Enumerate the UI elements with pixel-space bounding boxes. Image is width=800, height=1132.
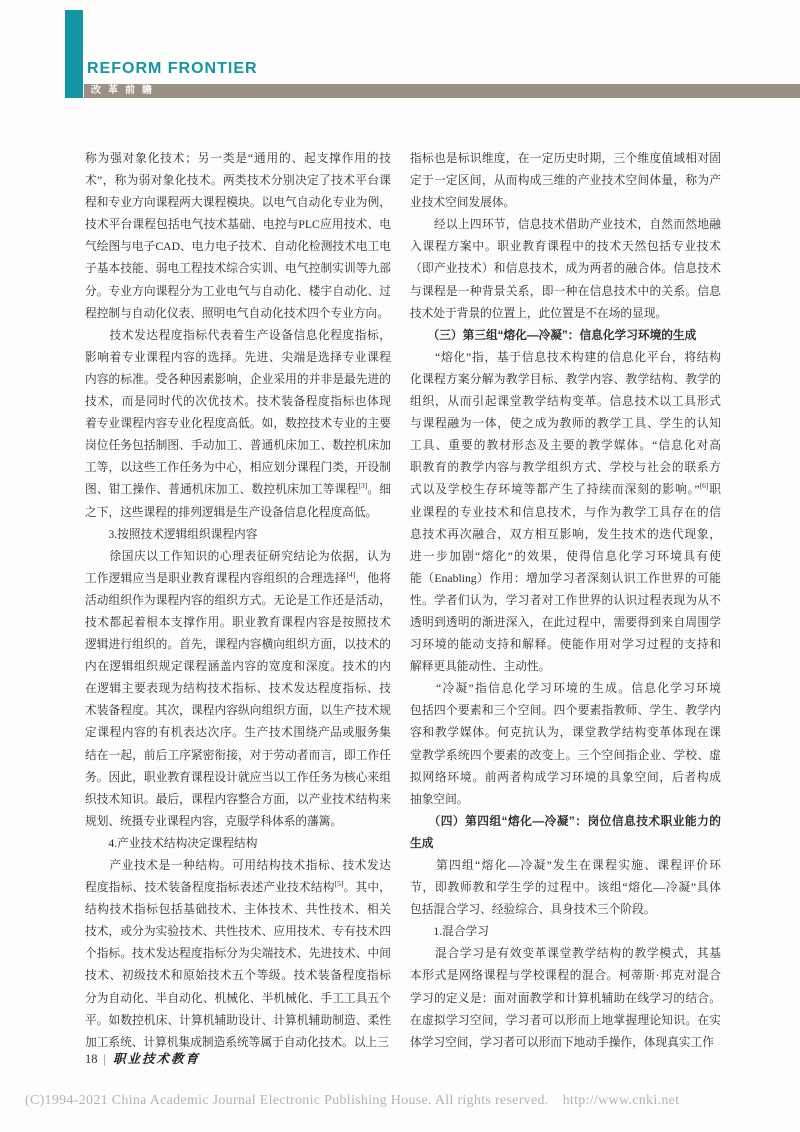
- section-title-chinese: 改革前瞻: [84, 84, 800, 98]
- text-line: 指标也是标识维度，在一定历史时期，三个维度值域相对固: [410, 148, 721, 170]
- page-footer: 18|职业技术教育: [85, 1049, 200, 1067]
- header-band: 改革前瞻: [84, 84, 800, 98]
- text-line: 在虚拟学习空间，学习者可以形而上地掌握理论知识。在实: [410, 1010, 721, 1032]
- text-line: 结在一起，前后工序紧密衔接，对于劳动者而言，即工作任: [85, 745, 391, 767]
- text-line: 第四组“熔化—冷凝”发生在课程实施、课程评价环: [410, 855, 721, 877]
- text-line: 容和教学媒体。何克抗认为，课堂教学结构变革体现在课: [410, 722, 721, 744]
- text-line: 经以上四环节，信息技术借助产业技术，自然而然地融: [410, 214, 721, 236]
- text-line: （即产业技术）和信息技术，成为两者的融合体。信息技术: [410, 258, 721, 280]
- text-line: 与课程融为一体，使之成为教师的教学工具、学生的认知: [410, 413, 721, 435]
- text-line: 业课程的专业技术和信息技术，与作为教学工具存在的信: [410, 502, 721, 524]
- text-line: “冷凝”指信息化学习环境的生成。信息化学习环境: [410, 678, 721, 700]
- text-line: 工作逻辑应当是职业教育课程内容组织的合理选择[4]，他将: [85, 568, 391, 590]
- text-line: 息技术再次融合，双方相互影响，发生技术的迭代现象，: [410, 524, 721, 546]
- text-line: 技术、初级技术和原始技术五个等级。技术装备程度指标: [85, 965, 391, 987]
- text-line: （三）第三组“熔化—冷凝”：信息化学习环境的生成: [410, 325, 721, 347]
- text-line: 透明到透明的渐进深入，在此过程中，需要得到来自周围学: [410, 612, 721, 634]
- text-line: 4.产业技术结构决定课程结构: [85, 833, 391, 855]
- text-line: 技术都起着根本支撑作用。职业教育课程内容是按照技术: [85, 612, 391, 634]
- text-line: 混合学习是有效变革课堂教学结构的教学模式，其基: [410, 943, 721, 965]
- text-line: 包括混合学习、经验综合、具身技术三个阶段。: [410, 899, 721, 921]
- text-line: 产业技术是一种结构。可用结构技术指标、技术发达: [85, 855, 391, 877]
- text-line: 定于一定区间，从而构成三维的产业技术空间体量，称为产: [410, 170, 721, 192]
- text-line: 术装备程度。其次，课程内容纵向组织方面，以生产技术规: [85, 700, 391, 722]
- text-line: 组织，从而引起课堂教学结构变革。信息技术以工具形式: [410, 391, 721, 413]
- text-line: 织技术知识。最后，课程内容整合方面，以产业技术结构来: [85, 789, 391, 811]
- text-line: 包括四个要素和三个空间。四个要素指教师、学生、教学内: [410, 700, 721, 722]
- text-line: 进一步加剧“熔化”的效果，使得信息化学习环境具有使: [410, 546, 721, 568]
- text-line: 拟网络环境。前两者构成学习环境的具象空间，后者构成: [410, 767, 721, 789]
- text-line: 抽象空间。: [410, 789, 721, 811]
- text-line: 职教育的教学内容与教学组织方式、学校与社会的联系方: [410, 457, 721, 479]
- text-line: 程和专业方向课程两大课程模块。以电气自动化专业为例，: [85, 192, 391, 214]
- text-line: 堂教学系统四个要素的改变上。三个空间指企业、学校、虚: [410, 745, 721, 767]
- journal-page: REFORM FRONTIER 改革前瞻 称为强对象化技术；另一类是“通用的、起…: [0, 0, 800, 1132]
- copyright-notice: (C)1994-2021 China Academic Journal Elec…: [25, 1093, 679, 1109]
- text-line: 气绘图与电子CAD、电力电子技术、自动化检测技术电工电: [85, 236, 391, 258]
- text-line: 节，即教师教和学生学的过程中。该组“熔化—冷凝”具体: [410, 877, 721, 899]
- text-line: 活动组织作为课程内容的组织方式。无论是工作还是活动，: [85, 590, 391, 612]
- text-line: 3.按照技术逻辑组织课程内容: [85, 524, 391, 546]
- text-line: 习环境的能动支持和解释。使能作用对学习过程的支持和: [410, 634, 721, 656]
- footer-separator: |: [104, 1052, 107, 1066]
- text-line: 体学习空间，学习者可以形而下地动手操作，体现真实工作: [410, 1032, 721, 1054]
- text-line: 术”，称为弱对象化技术。两类技术分别决定了技术平台课: [85, 170, 391, 192]
- journal-name: 职业技术教育: [113, 1052, 200, 1066]
- text-line: 图、钳工操作、普通机床加工、数控机床加工等课程[3]。细究: [85, 479, 391, 501]
- text-line: 着专业课程内容专业化程度高低。如，数控技术专业的主要: [85, 413, 391, 435]
- text-line: 技术处于背景的位置上，此位置是不在场的显现。: [410, 303, 721, 325]
- section-title-english: REFORM FRONTIER: [87, 60, 258, 78]
- text-line: 与课程是一种背景关系，即一种在信息技术中的关系。信息: [410, 281, 721, 303]
- text-line: 1.混合学习: [410, 921, 721, 943]
- left-column: 称为强对象化技术；另一类是“通用的、起支撑作用的技术”，称为弱对象化技术。两类技…: [85, 148, 391, 1054]
- text-line: “熔化”指，基于信息技术构建的信息化平台，将结构: [410, 347, 721, 369]
- text-line: 在逻辑主要表现为结构技术指标、技术发达程度指标、技: [85, 678, 391, 700]
- header-accent-bar: [65, 10, 83, 98]
- text-line: 结构技术指标包括基础技术、主体技术、共性技术、相关: [85, 899, 391, 921]
- text-line: 技术，而是同时代的次优技术。技术装备程度指标也体现: [85, 391, 391, 413]
- text-line: 工等，以这些工作任务为中心，相应划分课程门类，开设制: [85, 457, 391, 479]
- text-line: 工具、重要的教材形态及主要的教学媒体。“信息化对高: [410, 435, 721, 457]
- text-line: 规划、统摄专业课程内容，克服学科体系的藩篱。: [85, 811, 391, 833]
- text-line: 程度指标、技术装备程度指标表述产业技术结构[5]。其中，: [85, 877, 391, 899]
- text-line: 学习的定义是：面对面教学和计算机辅助在线学习的结合。: [410, 988, 721, 1010]
- text-line: 称为强对象化技术；另一类是“通用的、起支撑作用的技: [85, 148, 391, 170]
- text-line: 式以及学校生存环境等都产生了持续而深刻的影响。”[6]职: [410, 479, 721, 501]
- text-line: 子基本技能、弱电工程技术综合实训、电气控制实训等九部: [85, 258, 391, 280]
- text-line: 解释更具能动性、主动性。: [410, 656, 721, 678]
- text-line: 分。专业方向课程分为工业电气与自动化、楼宇自动化、过: [85, 281, 391, 303]
- text-line: 业技术空间发展体。: [410, 192, 721, 214]
- text-line: 技术平台课程包括电气技术基础、电控与PLC应用技术、电: [85, 214, 391, 236]
- text-line: 性。学者们认为，学习者对工作世界的认识过程表现为从不: [410, 590, 721, 612]
- publisher-url: http://www.cnki.net: [563, 1093, 680, 1108]
- text-line: 入课程方案中。职业教育课程中的技术天然包括专业技术: [410, 236, 721, 258]
- text-line: 能（Enabling）作用：增加学习者深刻认识工作世界的可能: [410, 568, 721, 590]
- text-line: 徐国庆以工作知识的心理表征研究结论为依据，认为: [85, 546, 391, 568]
- text-line: 务。因此，职业教育课程设计就应当以工作任务为核心来组: [85, 767, 391, 789]
- text-line: （四）第四组“熔化—冷凝”：岗位信息技术职业能力的: [410, 811, 721, 833]
- text-line: 内在逻辑组织规定课程涵盖内容的宽度和深度。技术的内: [85, 656, 391, 678]
- text-line: 之下，这些课程的排列逻辑是生产设备信息化程度高低。: [85, 502, 391, 524]
- text-line: 影响着专业课程内容的选择。先进、尖端是选择专业课程: [85, 347, 391, 369]
- page-number: 18: [85, 1052, 98, 1066]
- copyright-text: (C)1994-2021 China Academic Journal Elec…: [25, 1093, 549, 1108]
- text-line: 化课程方案分解为教学目标、教学内容、教学结构、教学的: [410, 369, 721, 391]
- text-line: 岗位任务包括制图、手动加工、普通机床加工、数控机床加: [85, 435, 391, 457]
- text-line: 逻辑进行组织的。首先，课程内容横向组织方面，以技术的: [85, 634, 391, 656]
- text-line: 本形式是网络课程与学校课程的混合。柯蒂斯·邦克对混合: [410, 965, 721, 987]
- text-line: 生成: [410, 833, 721, 855]
- text-line: 内容的标准。受各种因素影响，企业采用的并非是最先进的: [85, 369, 391, 391]
- text-line: 平。如数控机床、计算机辅助设计、计算机辅助制造、柔性: [85, 1010, 391, 1032]
- text-line: 个指标。技术发达程度指标分为尖端技术、先进技术、中间: [85, 943, 391, 965]
- text-line: 程控制与自动化仪表、照明电气自动化技术四个专业方向。: [85, 303, 391, 325]
- text-line: 分为自动化、半自动化、机械化、半机械化、手工工具五个水: [85, 988, 391, 1010]
- text-line: 定课程内容的有机表达次序。生产技术围绕产品或服务集: [85, 722, 391, 744]
- right-column: 指标也是标识维度，在一定历史时期，三个维度值域相对固定于一定区间，从而构成三维的…: [410, 148, 721, 1054]
- text-line: 技术，或分为实验技术、共性技术、应用技术、专有技术四: [85, 921, 391, 943]
- text-line: 技术发达程度指标代表着生产设备信息化程度指标，: [85, 325, 391, 347]
